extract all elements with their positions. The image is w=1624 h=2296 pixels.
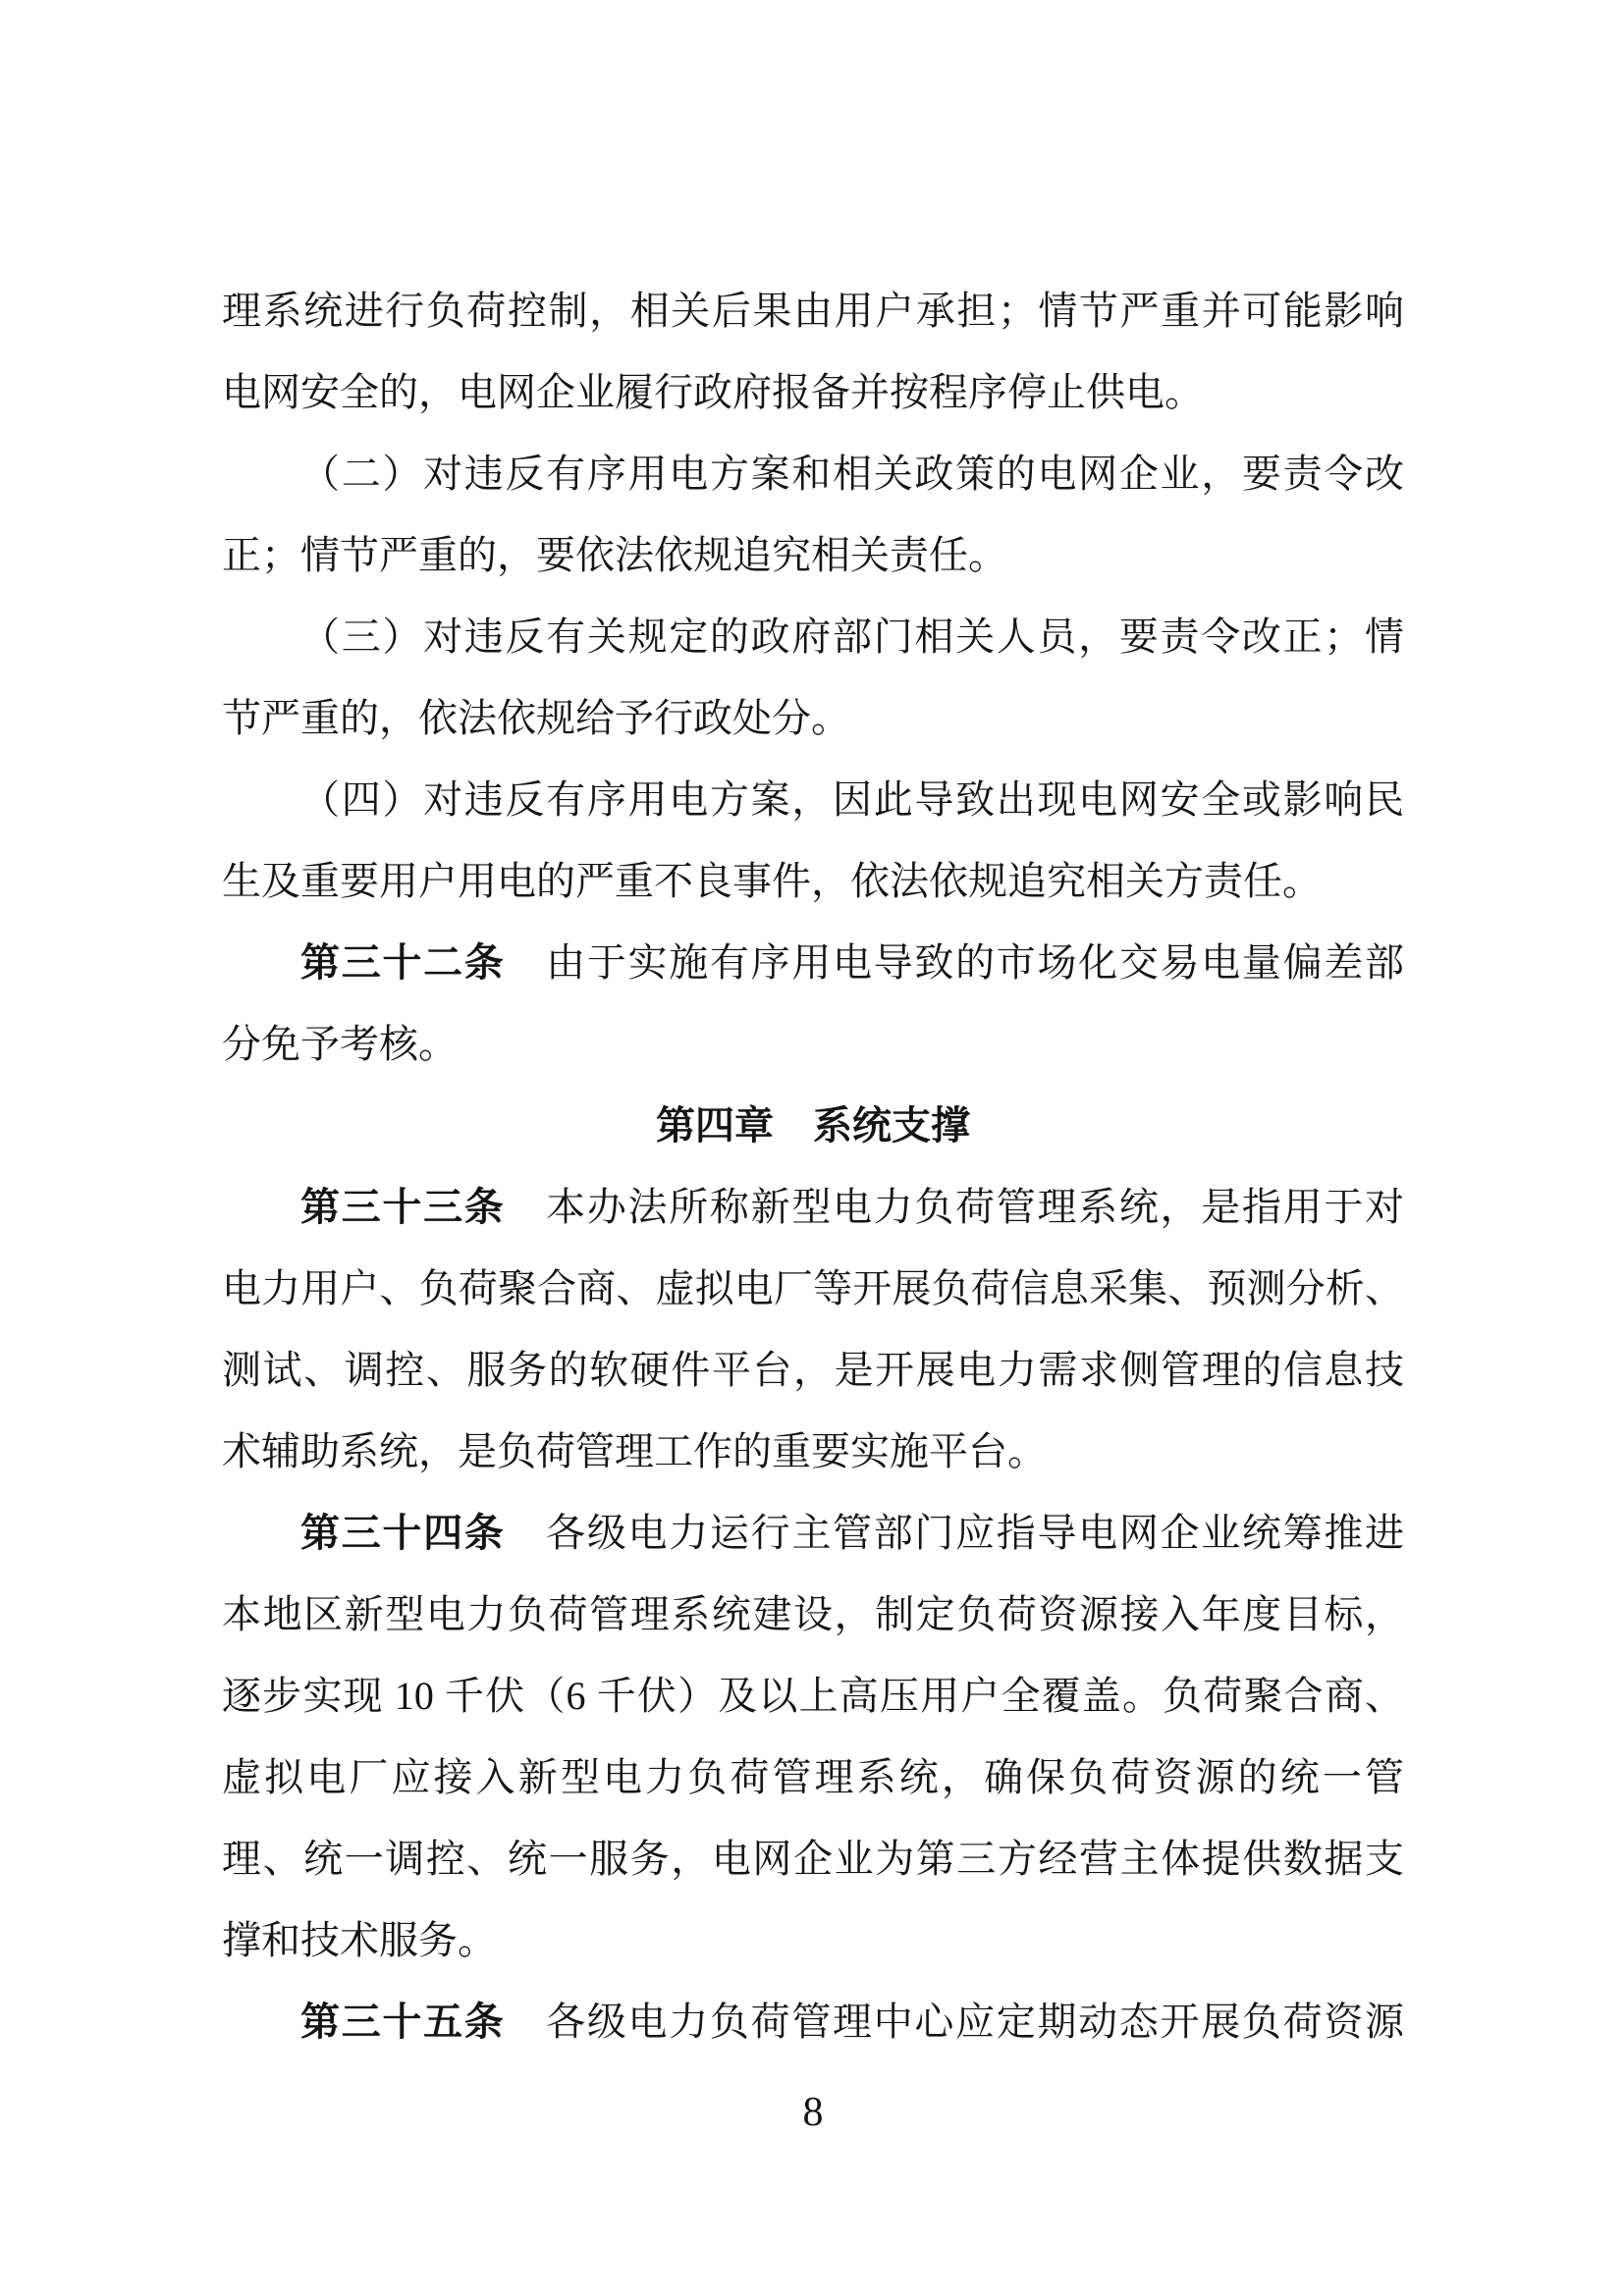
text-line: 分免予考核。 — [222, 1003, 1404, 1085]
text-segment: （三）对违反有关规定的政府部门相关人员，要责令改正；情 — [300, 614, 1404, 659]
text-line: 术辅助系统，是负荷管理工作的重要实施平台。 — [222, 1411, 1404, 1492]
text-line: （三）对违反有关规定的政府部门相关人员，要责令改正；情 — [222, 596, 1404, 677]
text-line: 第三十四条 各级电力运行主管部门应指导电网企业统筹推进 — [222, 1492, 1404, 1574]
text-segment: 电网安全的，电网企业履行政府报备并按程序停止供电。 — [222, 370, 1204, 414]
text-line: 理、统一调控、统一服务，电网企业为第三方经营主体提供数据支 — [222, 1818, 1404, 1899]
text-segment: 节严重的，依法依规给予行政处分。 — [222, 696, 850, 740]
text-line: 逐步实现 10 千伏（6 千伏）及以上高压用户全覆盖。负荷聚合商、 — [222, 1655, 1404, 1736]
text-segment: 各级电力负荷管理中心应定期动态开展负荷资源 — [505, 2000, 1404, 2044]
article-number: 第三十五条 — [300, 2000, 505, 2044]
text-line: （二）对违反有序用电方案和相关政策的电网企业，要责令改 — [222, 433, 1404, 514]
text-line: 正；情节严重的，要依法依规追究相关责任。 — [222, 514, 1404, 596]
article-number: 第三十三条 — [300, 1185, 505, 1229]
document-body: 理系统进行负荷控制，相关后果由用户承担；情节严重并可能影响电网安全的，电网企业履… — [222, 270, 1404, 2147]
text-line: 电力用户、负荷聚合商、虚拟电厂等开展负荷信息采集、预测分析、 — [222, 1248, 1404, 1329]
text-segment: （二）对违反有序用电方案和相关政策的电网企业，要责令改 — [300, 452, 1404, 496]
text-segment: 测试、调控、服务的软硬件平台，是开展电力需求侧管理的信息技 — [222, 1348, 1404, 1392]
text-line: 虚拟电厂应接入新型电力负荷管理系统，确保负荷资源的统一管 — [222, 1736, 1404, 1818]
text-segment: 理、统一调控、统一服务，电网企业为第三方经营主体提供数据支 — [222, 1837, 1404, 1881]
text-segment: 生及重要用户用电的严重不良事件，依法依规追究相关方责任。 — [222, 859, 1322, 903]
document-page: 理系统进行负荷控制，相关后果由用户承担；情节严重并可能影响电网安全的，电网企业履… — [0, 0, 1624, 2296]
text-segment: 术辅助系统，是负荷管理工作的重要实施平台。 — [222, 1429, 1047, 1473]
text-segment: （四）对违反有序用电方案，因此导致出现电网安全或影响民 — [300, 777, 1404, 822]
text-segment: 本办法所称新型电力负荷管理系统，是指用于对 — [505, 1185, 1404, 1229]
text-line: 本地区新型电力负荷管理系统建设，制定负荷资源接入年度目标， — [222, 1574, 1404, 1655]
text-line: 节严重的，依法依规给予行政处分。 — [222, 677, 1404, 759]
text-segment: 逐步实现 10 千伏（6 千伏）及以上高压用户全覆盖。负荷聚合商、 — [222, 1674, 1404, 1718]
article-number: 第三十二条 — [300, 940, 505, 985]
text-line: 测试、调控、服务的软硬件平台，是开展电力需求侧管理的信息技 — [222, 1329, 1404, 1411]
text-segment: 分免予考核。 — [222, 1022, 458, 1066]
text-segment: 虚拟电厂应接入新型电力负荷管理系统，确保负荷资源的统一管 — [222, 1755, 1404, 1799]
chapter-heading: 第四章 系统支撑 — [222, 1085, 1404, 1166]
page-number: 8 — [222, 2078, 1404, 2147]
text-line: 第三十五条 各级电力负荷管理中心应定期动态开展负荷资源 — [222, 1981, 1404, 2062]
text-line: （四）对违反有序用电方案，因此导致出现电网安全或影响民 — [222, 759, 1404, 840]
text-segment: 电力用户、负荷聚合商、虚拟电厂等开展负荷信息采集、预测分析、 — [222, 1266, 1404, 1310]
text-segment: 正；情节严重的，要依法依规追究相关责任。 — [222, 533, 1007, 577]
text-line: 生及重要用户用电的严重不良事件，依法依规追究相关方责任。 — [222, 840, 1404, 922]
text-line: 第三十二条 由于实施有序用电导致的市场化交易电量偏差部 — [222, 922, 1404, 1003]
text-segment: 撑和技术服务。 — [222, 1918, 497, 1962]
article-number: 第三十四条 — [300, 1511, 505, 1555]
text-line: 理系统进行负荷控制，相关后果由用户承担；情节严重并可能影响 — [222, 270, 1404, 351]
text-line: 第三十三条 本办法所称新型电力负荷管理系统，是指用于对 — [222, 1166, 1404, 1248]
text-segment: 本地区新型电力负荷管理系统建设，制定负荷资源接入年度目标， — [222, 1592, 1404, 1636]
text-line: 撑和技术服务。 — [222, 1899, 1404, 1981]
article-number: 第四章 系统支撑 — [656, 1103, 970, 1148]
text-segment: 由于实施有序用电导致的市场化交易电量偏差部 — [505, 940, 1404, 985]
text-line: 电网安全的，电网企业履行政府报备并按程序停止供电。 — [222, 351, 1404, 433]
text-segment: 各级电力运行主管部门应指导电网企业统筹推进 — [505, 1511, 1404, 1555]
text-segment: 理系统进行负荷控制，相关后果由用户承担；情节严重并可能影响 — [222, 289, 1404, 333]
